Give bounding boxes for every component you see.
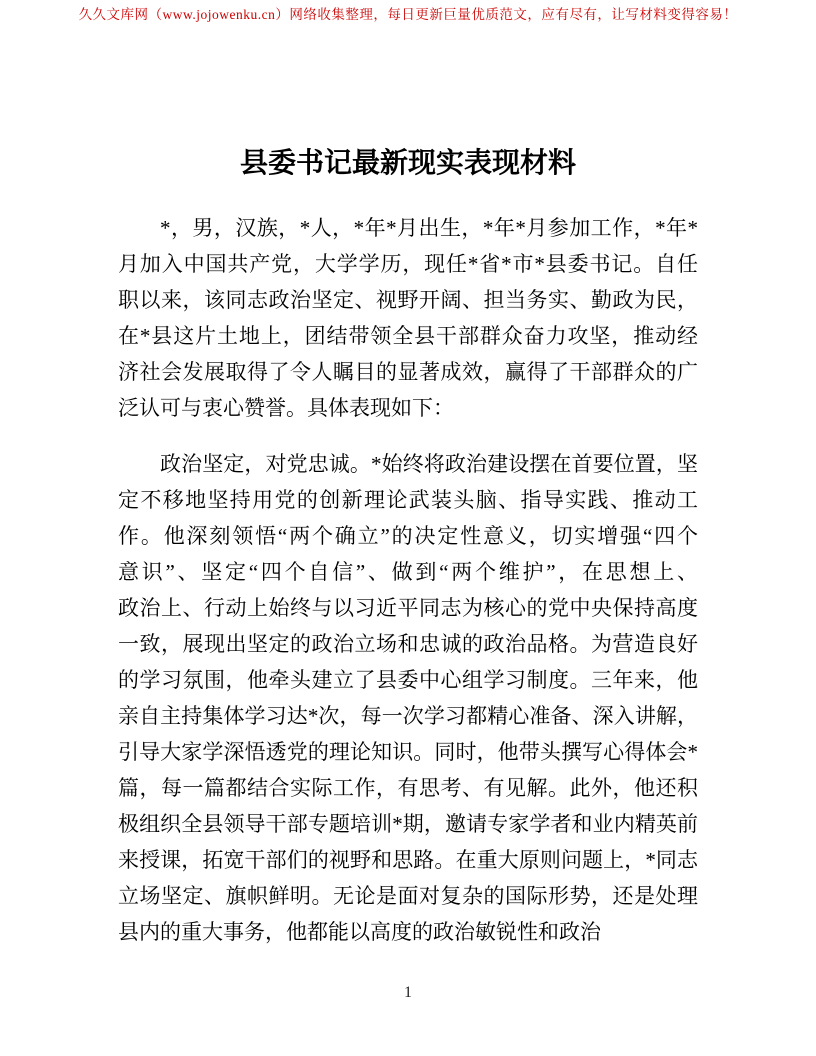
paragraph-line: 月加入中国共产党，大学学历，现任*省*市*县委书记。自任 (118, 246, 698, 282)
paragraph-line: 作。他深刻领悟“两个确立”的决定性意义，切实增强“四个 (118, 518, 698, 554)
paragraph-line: 意识”、坚定“四个自信”、做到“两个维护”，在思想上、 (118, 554, 698, 590)
paragraph-line: 济社会发展取得了令人瞩目的显著成效，赢得了干部群众的广 (118, 354, 698, 390)
paragraph-line: 极组织全县领导干部专题培训*期，邀请专家学者和业内精英前 (118, 806, 698, 842)
paragraph-line: 县内的重大事务，他都能以高度的政治敏锐性和政治 (118, 914, 698, 950)
paragraph-line: 引导大家学深悟透党的理论知识。同时，他带头撰写心得体会* (118, 734, 698, 770)
paragraph-line: 立场坚定、旗帜鲜明。无论是面对复杂的国际形势，还是处理 (118, 878, 698, 914)
document-page: 久久文库网（www.jojowenku.cn）网络收集整理，每日更新巨量优质范文… (0, 0, 816, 1056)
paragraph-line: 亲自主持集体学习达*次，每一次学习都精心准备、深入讲解， (118, 698, 698, 734)
paragraph-line: 职以来，该同志政治坚定、视野开阔、担当务实、勤政为民， (118, 282, 698, 318)
paragraph-intro: *，男，汉族，*人，*年*月出生，*年*月参加工作，*年*月加入中国共产党，大学… (118, 210, 698, 426)
paragraph-line: 在*县这片土地上，团结带领全县干部群众奋力攻坚，推动经 (118, 318, 698, 354)
paragraph-line: 的学习氛围，他牵头建立了县委中心组学习制度。三年来，他 (118, 662, 698, 698)
paragraph-political-loyalty: 政治坚定，对党忠诚。*始终将政治建设摆在首要位置，坚定不移地坚持用党的创新理论武… (118, 446, 698, 950)
paragraph-line: 定不移地坚持用党的创新理论武装头脑、指导实践、推动工 (118, 482, 698, 518)
header-notice: 久久文库网（www.jojowenku.cn）网络收集整理，每日更新巨量优质范文… (0, 6, 816, 24)
paragraph-line: 一致，展现出坚定的政治立场和忠诚的政治品格。为营造良好 (118, 626, 698, 662)
page-number: 1 (0, 984, 816, 1002)
paragraph-line: 泛认可与衷心赞誉。具体表现如下： (118, 390, 698, 426)
paragraph-line: 政治上、行动上始终与以习近平同志为核心的党中央保持高度 (118, 590, 698, 626)
paragraph-line: 政治坚定，对党忠诚。*始终将政治建设摆在首要位置，坚 (118, 446, 698, 482)
paragraph-line: *，男，汉族，*人，*年*月出生，*年*月参加工作，*年* (118, 210, 698, 246)
paragraph-line: 来授课，拓宽干部们的视野和思路。在重大原则问题上，*同志 (118, 842, 698, 878)
document-title: 县委书记最新现实表现材料 (118, 144, 698, 184)
paragraph-line: 篇，每一篇都结合实际工作，有思考、有见解。此外，他还积 (118, 770, 698, 806)
